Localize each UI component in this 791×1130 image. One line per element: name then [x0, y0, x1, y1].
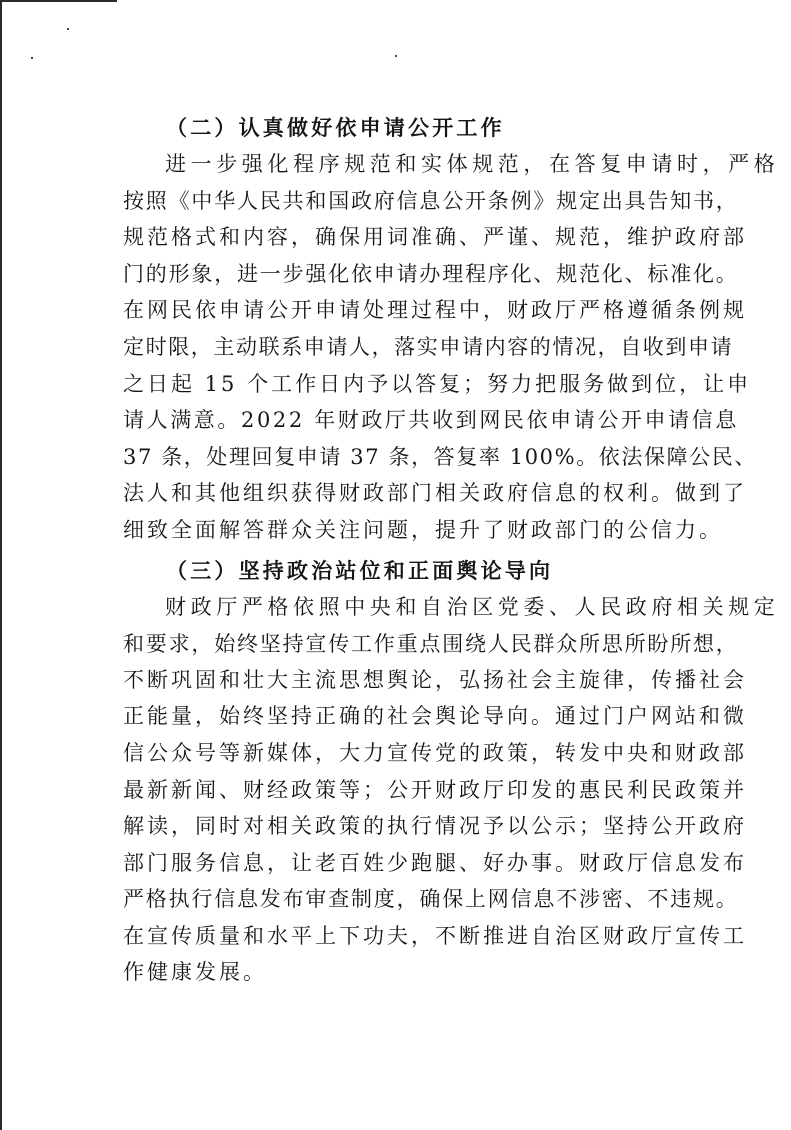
- section-heading-2: （二）认真做好依申请公开工作: [166, 114, 505, 142]
- paragraph-line: 在网民依申请公开申请处理过程中，财政厅严格遵循条例规: [123, 296, 747, 324]
- paragraph-line: 法人和其他组织获得财政部门相关政府信息的权利。做到了: [123, 479, 747, 507]
- paragraph-line: 规范格式和内容，确保用词准确、严谨、规范，维护政府部: [123, 223, 747, 251]
- paragraph-line: 37 条，处理回复申请 37 条，答复率 100%。依法保障公民、: [123, 443, 757, 471]
- paragraph-line: 在宣传质量和水平上下功夫，不断推进自治区财政厅宣传工: [123, 922, 747, 950]
- scan-edge-top: [0, 0, 117, 2]
- paragraph-line: 最新新闻、财经政策等；公开财政厅印发的惠民利民政策并: [123, 776, 747, 804]
- paragraph-line: 财政厅严格依照中央和自治区党委、人民政府相关规定: [165, 593, 779, 621]
- scan-speck: [395, 55, 397, 57]
- paragraph-line: 严格执行信息发布审查制度，确保上网信息不涉密、不违规。: [123, 885, 739, 913]
- paragraph-line: 请人满意。2022 年财政厅共收到网民依申请公开申请信息: [123, 406, 739, 434]
- paragraph-line: 正能量，始终坚持正确的社会舆论导向。通过门户网站和微: [123, 702, 747, 730]
- scan-speck: [67, 28, 69, 30]
- paragraph-line: 门的形象，进一步强化依申请办理程序化、规范化、标准化。: [123, 260, 739, 288]
- paragraph-line: 作健康发展。: [123, 958, 267, 986]
- paragraph-line: 和要求，始终坚持宣传工作重点围绕人民群众所思所盼所想，: [123, 630, 739, 658]
- paragraph-line: 信公众号等新媒体，大力宣传党的政策，转发中央和财政部: [123, 739, 747, 767]
- paragraph-line: 之日起 15 个工作日内予以答复；努力把服务做到位，让申: [123, 370, 751, 398]
- paragraph-line: 解读，同时对相关政策的执行情况予以公示；坚持公开政府: [123, 812, 747, 840]
- paragraph-line: 部门服务信息，让老百姓少跑腿、好办事。财政厅信息发布: [123, 849, 747, 877]
- scan-edge-left: [0, 0, 2, 1130]
- paragraph-line: 定时限，主动联系申请人，落实申请内容的情况，自收到申请: [123, 333, 733, 361]
- paragraph-line: 细致全面解答群众关注问题，提升了财政部门的公信力。: [123, 516, 723, 544]
- paragraph-line: 进一步强化程序规范和实体规范，在答复申请时，严格: [165, 150, 779, 178]
- paragraph-line: 不断巩固和壮大主流思想舆论，弘扬社会主旋律，传播社会: [123, 666, 747, 694]
- scan-speck: [31, 57, 33, 59]
- section-heading-3: （三）坚持政治站位和正面舆论导向: [166, 557, 553, 585]
- paragraph-line: 按照《中华人民共和国政府信息公开条例》规定出具告知书，: [123, 187, 739, 215]
